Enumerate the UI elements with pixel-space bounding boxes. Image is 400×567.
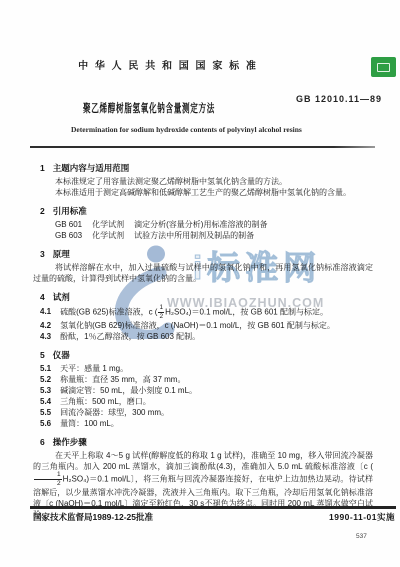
section-2-heading: 2引用标准 bbox=[40, 206, 373, 217]
section-3-title: 原理 bbox=[53, 249, 70, 259]
section-4-title: 试剂 bbox=[53, 292, 70, 302]
reference-desc: 滴定分析(容量分析)用标准溶液的制备 bbox=[134, 220, 267, 229]
section-5-number: 5 bbox=[40, 350, 45, 360]
standard-type-heading: 中 华 人 民 共 和 国 国 家 标 准 bbox=[0, 57, 336, 72]
fraction-denominator: 2 bbox=[158, 313, 164, 320]
fraction-numerator: 1 bbox=[34, 472, 62, 480]
document-title-zh: 聚乙烯醇树脂氢氧化钠含量测定方法 bbox=[83, 100, 215, 116]
clause-5-2: 5.2称量瓶：直径 35 mm，高 37 mm。 bbox=[40, 374, 373, 385]
clause-5-5: 5.5回流冷凝器：球型，300 mm。 bbox=[40, 407, 373, 418]
approval-line: 国家技术监督局1989-12-25批准 bbox=[33, 511, 153, 523]
procedure-text-before-fraction: 在天平上称取 4～5 g 试样(醇解度低的称取 1 g 试样)，准确至 10 m… bbox=[33, 451, 373, 471]
standard-number: GB 12010.11—89 bbox=[296, 94, 382, 104]
section-1-title: 主题内容与适用范围 bbox=[53, 163, 130, 173]
clause-text: 回流冷凝器：球型，300 mm。 bbox=[60, 408, 169, 417]
section-1-paragraph-2: 本标准适用于测定高碱醇解和低碱醇解工艺生产的聚乙烯醇树脂中氢氧化钠的含量。 bbox=[33, 187, 373, 198]
clause-number: 5.4 bbox=[40, 397, 51, 406]
clause-text: 三角瓶：500 mL，磨口。 bbox=[60, 397, 151, 406]
clause-text: 氢氧化钠(GB 629)标准溶液，c (NaOH)＝0.1 mol/L，按 GB… bbox=[60, 321, 335, 330]
clause-text: 称量瓶：直径 35 mm，高 37 mm。 bbox=[60, 375, 185, 384]
section-6-paragraph: 在天平上称取 4～5 g 试样(醇解度低的称取 1 g 试样)，准确至 10 m… bbox=[33, 450, 373, 520]
footer-divider bbox=[30, 506, 396, 509]
section-4-number: 4 bbox=[40, 292, 45, 302]
reference-standard-line: GB 603化学试剂试验方法中所用制剂及制品的制备 bbox=[55, 230, 373, 241]
fraction-one-half: 12 bbox=[158, 305, 164, 320]
section-6-title: 操作步骤 bbox=[53, 437, 87, 447]
implementation-line: 1990-11-01实施 bbox=[329, 511, 395, 523]
section-2-title: 引用标准 bbox=[53, 206, 87, 216]
clause-5-6: 5.6量筒：100 mL。 bbox=[40, 418, 373, 429]
clause-5-1: 5.1天平：感量 1 mg。 bbox=[40, 363, 373, 374]
reference-name: 化学试剂 bbox=[92, 231, 124, 240]
clause-4-3: 4.3酚酞，1％乙醇溶液，按 GB 603 配制。 bbox=[40, 331, 373, 342]
clause-text: 天平：感量 1 mg。 bbox=[60, 364, 128, 373]
clause-text: 酚酞，1％乙醇溶液，按 GB 603 配制。 bbox=[60, 332, 200, 341]
section-4-heading: 4试剂 bbox=[40, 292, 373, 303]
clause-text-before-fraction: 硫酸(GB 625)标准溶液，c ( bbox=[60, 307, 157, 316]
green-stamp-icon bbox=[371, 57, 396, 77]
clause-number: 5.6 bbox=[40, 419, 51, 428]
reference-name: 化学试剂 bbox=[92, 220, 124, 229]
section-6-number: 6 bbox=[40, 437, 45, 447]
clause-4-2: 4.2氢氧化钠(GB 629)标准溶液，c (NaOH)＝0.1 mol/L，按… bbox=[40, 320, 373, 331]
reference-code: GB 601 bbox=[55, 220, 82, 229]
reference-standard-line: GB 601化学试剂滴定分析(容量分析)用标准溶液的制备 bbox=[55, 219, 373, 230]
clause-number: 4.3 bbox=[40, 332, 51, 341]
clause-text: 量筒：100 mL。 bbox=[60, 419, 119, 428]
section-6-heading: 6操作步骤 bbox=[40, 437, 373, 448]
document-title-en: Determination for sodium hydroxide conte… bbox=[71, 125, 302, 134]
clause-number: 5.5 bbox=[40, 408, 51, 417]
clause-number: 5.3 bbox=[40, 386, 51, 395]
clause-text-after-fraction: H₂SO₄)＝0.1 mol/L，按 GB 601 配制与标定。 bbox=[165, 307, 328, 316]
reference-code: GB 603 bbox=[55, 231, 82, 240]
section-5-heading: 5仪器 bbox=[40, 350, 373, 361]
document-page: 中 华 人 民 共 和 国 国 家 标 准 聚乙烯醇树脂氢氧化钠含量测定方法 G… bbox=[0, 0, 400, 567]
section-1-paragraph-1: 本标准规定了用容量法测定聚乙烯醇树脂中氢氧化钠含量的方法。 bbox=[33, 176, 373, 187]
document-body: 1主题内容与适用范围 本标准规定了用容量法测定聚乙烯醇树脂中氢氧化钠含量的方法。… bbox=[33, 158, 373, 520]
clause-4-1: 4.1硫酸(GB 625)标准溶液，c (12H₂SO₄)＝0.1 mol/L，… bbox=[40, 305, 373, 320]
section-5-title: 仪器 bbox=[53, 350, 70, 360]
fraction-denominator: 2 bbox=[34, 480, 62, 487]
fraction-numerator: 1 bbox=[158, 305, 164, 313]
section-3-heading: 3原理 bbox=[40, 249, 373, 260]
header-divider bbox=[30, 146, 375, 148]
clause-number: 4.2 bbox=[40, 321, 51, 330]
section-2-number: 2 bbox=[40, 206, 45, 216]
clause-number: 5.2 bbox=[40, 375, 51, 384]
section-1-number: 1 bbox=[40, 163, 45, 173]
fraction-one-half: 12 bbox=[34, 472, 62, 487]
clause-text: 碱滴定管：50 mL，最小刻度 0.1 mL。 bbox=[60, 386, 197, 395]
clause-number: 4.1 bbox=[40, 307, 51, 316]
clause-5-3: 5.3碱滴定管：50 mL，最小刻度 0.1 mL。 bbox=[40, 385, 373, 396]
stamp-glyph bbox=[377, 63, 390, 72]
reference-desc: 试验方法中所用制剂及制品的制备 bbox=[134, 231, 254, 240]
section-1-heading: 1主题内容与适用范围 bbox=[40, 163, 373, 174]
section-3-paragraph: 将试样溶解在水中，加入过量硫酸与试样中的氢氧化钠中和，再用氢氧化钠标准溶液滴定过… bbox=[33, 262, 373, 284]
clause-number: 5.1 bbox=[40, 364, 51, 373]
clause-5-4: 5.4三角瓶：500 mL，磨口。 bbox=[40, 396, 373, 407]
page-number: 537 bbox=[356, 533, 367, 540]
section-3-number: 3 bbox=[40, 249, 45, 259]
